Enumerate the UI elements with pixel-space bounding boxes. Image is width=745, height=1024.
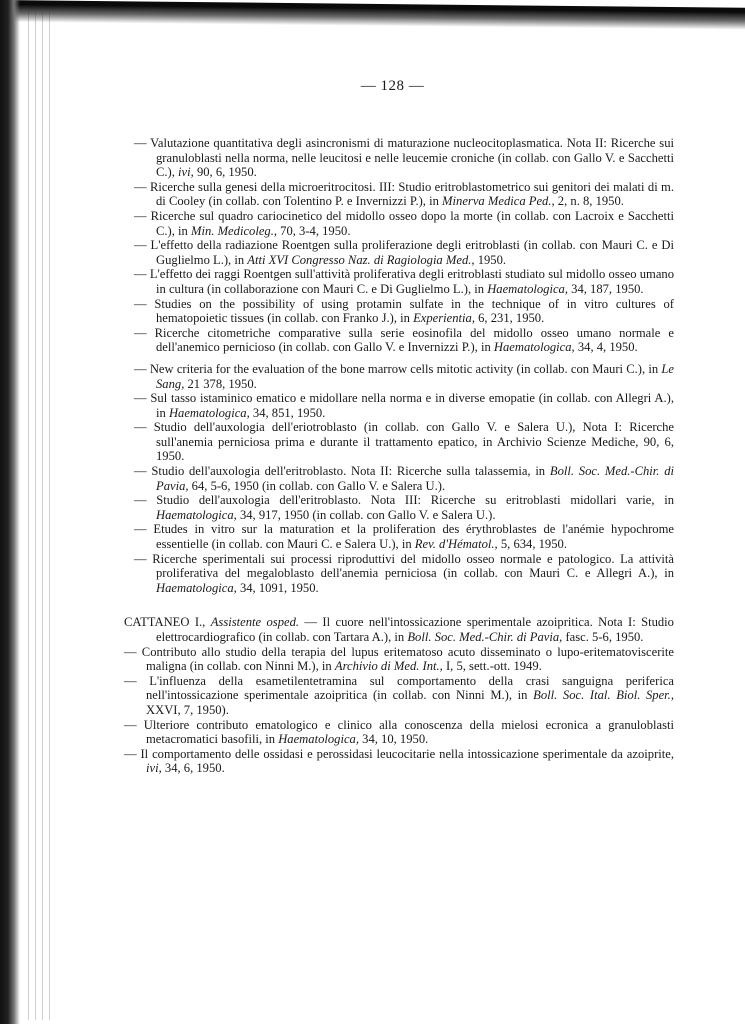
entry-text: — Ricerche sperimentali sui processi rip… xyxy=(134,552,674,581)
journal-title: Min. Medicoleg., xyxy=(191,224,277,238)
entry-citation: I, 5, sett.-ott. 1949. xyxy=(443,659,542,673)
list-item: — Studio dell'auxologia dell'eritroblast… xyxy=(134,493,674,522)
entry-citation: XXVI, 7, 1950). xyxy=(146,703,229,717)
publication-list-2: — Contributo allo studio della terapia d… xyxy=(124,645,674,776)
list-item: — L'effetto dei raggi Roentgen sull'atti… xyxy=(134,267,674,296)
list-item: — Sul tasso istaminico ematico e midolla… xyxy=(134,391,674,420)
journal-title: ivi, xyxy=(178,165,194,179)
entry-citation: fasc. 5-6, 1950. xyxy=(562,630,643,644)
entry-citation: 34, 187, 1950. xyxy=(568,282,644,296)
entry-citation: 34, 917, 1950 (in collab. con Gallo V. e… xyxy=(237,508,496,522)
entry-text: — Studio dell'auxologia dell'eriotroblas… xyxy=(134,420,674,463)
list-item: — L'influenza della esametilentetramina … xyxy=(124,674,674,718)
list-item: — Etudes in vitro sur la maturation et l… xyxy=(134,522,674,551)
scan-border-left xyxy=(0,0,20,1024)
list-item: — Studio dell'auxologia dell'eriotroblas… xyxy=(134,420,674,464)
author-role: Assistente osped. xyxy=(211,615,299,629)
entry-text: — New criteria for the evaluation of the… xyxy=(134,362,661,376)
journal-title: Haematologica, xyxy=(156,581,237,595)
entry-citation: 6, 231, 1950. xyxy=(475,311,544,325)
list-item: — Valutazione quantitativa degli asincro… xyxy=(134,136,674,180)
publication-list-1: — Valutazione quantitativa degli asincro… xyxy=(134,136,674,595)
list-item: — L'effetto della radiazione Roentgen su… xyxy=(134,238,674,267)
journal-title: Experientia, xyxy=(413,311,475,325)
journal-title: ivi, xyxy=(146,761,162,775)
journal-title: Boll. Soc. Med.-Chir. di Pavia, xyxy=(407,630,562,644)
entry-citation: 90, 6, 1950. xyxy=(194,165,257,179)
journal-title: Haematologica, xyxy=(494,340,575,354)
journal-title: Minerva Medica Ped., xyxy=(442,194,555,208)
entry-citation: 34, 6, 1950. xyxy=(162,761,225,775)
list-item: — Ricerche sulla genesi della microeritr… xyxy=(134,180,674,209)
entry-citation: 21 378, 1950. xyxy=(184,377,256,391)
entry-text: — Il comportamento delle ossidasi e pero… xyxy=(124,747,674,761)
journal-title: Haematologica, xyxy=(169,406,250,420)
list-item: — Ricerche sperimentali sui processi rip… xyxy=(134,552,674,596)
journal-title: Rev. d'Hématol., xyxy=(415,537,498,551)
entry-text: — Studies on the possibility of using pr… xyxy=(134,297,674,326)
entry-text: — Studio dell'auxologia dell'eritroblast… xyxy=(134,464,550,478)
list-item: — Studies on the possibility of using pr… xyxy=(134,297,674,326)
journal-title: Atti XVI Congresso Naz. di Ragiologia Me… xyxy=(247,253,474,267)
list-item: — Ulteriore contributo ematologico e cli… xyxy=(124,718,674,747)
list-item: — Ricerche sul quadro cariocinetico del … xyxy=(134,209,674,238)
author-name: CATTANEO I., xyxy=(124,615,205,629)
author-section-cattaneo: CATTANEO I., Assistente osped. — Il cuor… xyxy=(124,615,674,776)
entry-citation: 5, 634, 1950. xyxy=(498,537,567,551)
journal-title: Haematologica, xyxy=(487,282,568,296)
journal-title: Boll. Soc. Ital. Biol. Sper., xyxy=(533,688,674,702)
entry-citation: 2, n. 8, 1950. xyxy=(555,194,624,208)
entry-text: — Etudes in vitro sur la maturation et l… xyxy=(134,522,674,551)
entry-citation: 1950. xyxy=(475,253,506,267)
scan-border-top xyxy=(0,0,745,30)
entry-citation: 34, 10, 1950. xyxy=(359,732,428,746)
list-item: — Contributo allo studio della terapia d… xyxy=(124,645,674,674)
entry-citation: 64, 5-6, 1950 (in collab. con Gallo V. e… xyxy=(189,479,446,493)
list-item: — Ricerche citometriche comparative sull… xyxy=(134,326,674,355)
journal-title: Archivio di Med. Int., xyxy=(335,659,443,673)
page-number: — 128 — xyxy=(0,78,745,95)
list-item: — Studio dell'auxologia dell'eritroblast… xyxy=(134,464,674,493)
journal-title: Haematologica, xyxy=(278,732,359,746)
bibliography-list: — Valutazione quantitativa degli asincro… xyxy=(134,136,674,776)
list-item: — New criteria for the evaluation of the… xyxy=(134,362,674,391)
list-item: CATTANEO I., Assistente osped. — Il cuor… xyxy=(124,615,674,644)
entry-citation: 34, 851, 1950. xyxy=(250,406,326,420)
entry-citation: 70, 3-4, 1950. xyxy=(277,224,350,238)
entry-text: — Studio dell'auxologia dell'eritroblast… xyxy=(134,493,674,507)
list-item: — Il comportamento delle ossidasi e pero… xyxy=(124,747,674,776)
journal-title: Haematologica, xyxy=(156,508,237,522)
entry-citation: 34, 1091, 1950. xyxy=(237,581,319,595)
entry-citation: 34, 4, 1950. xyxy=(575,340,638,354)
scan-binding-shadow xyxy=(22,10,50,1020)
